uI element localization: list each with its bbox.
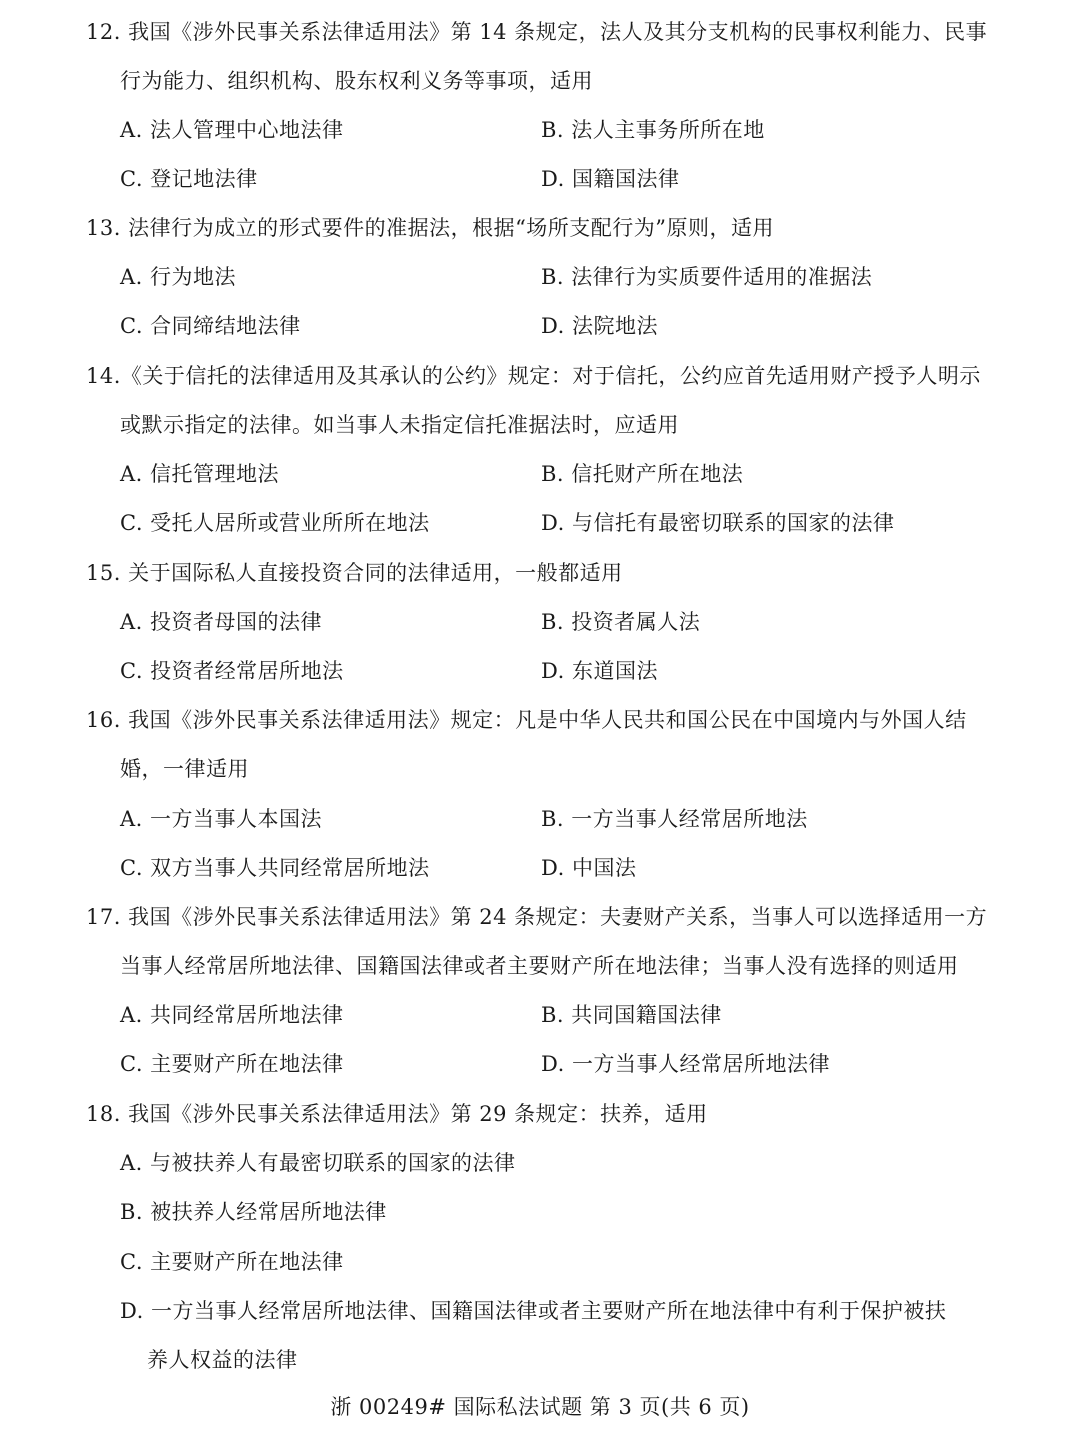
- question-13-option-c: C. 合同缔结地法律: [120, 312, 301, 340]
- question-13-option-a: A. 行为地法: [120, 263, 236, 291]
- question-15-option-d: D. 东道国法: [541, 657, 658, 685]
- question-16-stem-line-1: 16. 我国《涉外民事关系法律适用法》规定：凡是中华人民共和国公民在中国境内与外…: [86, 706, 967, 734]
- question-17-stem-line-2: 当事人经常居所地法律、国籍国法律或者主要财产所在地法律；当事人没有选择的则适用: [120, 952, 959, 980]
- question-14-stem-line-1: 14.《关于信托的法律适用及其承认的公约》规定：对于信托，公约应首先适用财产授予…: [86, 362, 981, 390]
- question-13-option-b: B. 法律行为实质要件适用的准据法: [541, 263, 872, 291]
- question-17-option-a: A. 共同经常居所地法律: [120, 1001, 344, 1029]
- question-18-option-a: A. 与被扶养人有最密切联系的国家的法律: [120, 1149, 516, 1177]
- question-16-stem-line-2: 婚，一律适用: [120, 755, 249, 783]
- question-12-stem-line-1: 12. 我国《涉外民事关系法律适用法》第 14 条规定，法人及其分支机构的民事权…: [86, 18, 987, 46]
- question-15-option-a: A. 投资者母国的法律: [120, 608, 322, 636]
- exam-page: 12. 我国《涉外民事关系法律适用法》第 14 条规定，法人及其分支机构的民事权…: [0, 0, 1080, 1439]
- question-14-option-c: C. 受托人居所或营业所所在地法: [120, 509, 430, 537]
- question-15-option-b: B. 投资者属人法: [541, 608, 700, 636]
- question-14-option-d: D. 与信托有最密切联系的国家的法律: [541, 509, 894, 537]
- question-18-option-d-continuation: 养人权益的法律: [147, 1346, 298, 1374]
- question-16-option-d: D. 中国法: [541, 854, 636, 882]
- question-12-option-c: C. 登记地法律: [120, 165, 258, 193]
- question-16-option-b: B. 一方当事人经常居所地法: [541, 805, 808, 833]
- question-14-option-b: B. 信托财产所在地法: [541, 460, 743, 488]
- question-18-stem-line-1: 18. 我国《涉外民事关系法律适用法》第 29 条规定：扶养，适用: [86, 1100, 708, 1128]
- question-18-option-c: C. 主要财产所在地法律: [120, 1248, 344, 1276]
- page-footer: 浙 00249# 国际私法试题 第 3 页(共 6 页): [0, 1393, 1080, 1421]
- question-17-stem-line-1: 17. 我国《涉外民事关系法律适用法》第 24 条规定：夫妻财产关系，当事人可以…: [86, 903, 987, 931]
- question-15-option-c: C. 投资者经常居所地法: [120, 657, 344, 685]
- question-17-option-d: D. 一方当事人经常居所地法律: [541, 1050, 830, 1078]
- question-13-stem-line-1: 13. 法律行为成立的形式要件的准据法，根据“场所支配行为”原则，适用: [86, 214, 774, 242]
- question-12-option-a: A. 法人管理中心地法律: [120, 116, 344, 144]
- question-12-option-d: D. 国籍国法律: [541, 165, 679, 193]
- question-18-option-b: B. 被扶养人经常居所地法律: [120, 1198, 387, 1226]
- question-15-stem-line-1: 15. 关于国际私人直接投资合同的法律适用，一般都适用: [86, 559, 623, 587]
- question-17-option-b: B. 共同国籍国法律: [541, 1001, 722, 1029]
- question-12-option-b: B. 法人主事务所所在地: [541, 116, 765, 144]
- question-18-option-d: D. 一方当事人经常居所地法律、国籍国法律或者主要财产所在地法律中有利于保护被扶: [120, 1297, 946, 1325]
- question-13-option-d: D. 法院地法: [541, 312, 658, 340]
- question-14-stem-line-2: 或默示指定的法律。如当事人未指定信托准据法时，应适用: [120, 411, 679, 439]
- question-16-option-a: A. 一方当事人本国法: [120, 805, 322, 833]
- question-16-option-c: C. 双方当事人共同经常居所地法: [120, 854, 430, 882]
- question-12-stem-line-2: 行为能力、组织机构、股东权利义务等事项，适用: [120, 67, 593, 95]
- question-14-option-a: A. 信托管理地法: [120, 460, 279, 488]
- question-17-option-c: C. 主要财产所在地法律: [120, 1050, 344, 1078]
